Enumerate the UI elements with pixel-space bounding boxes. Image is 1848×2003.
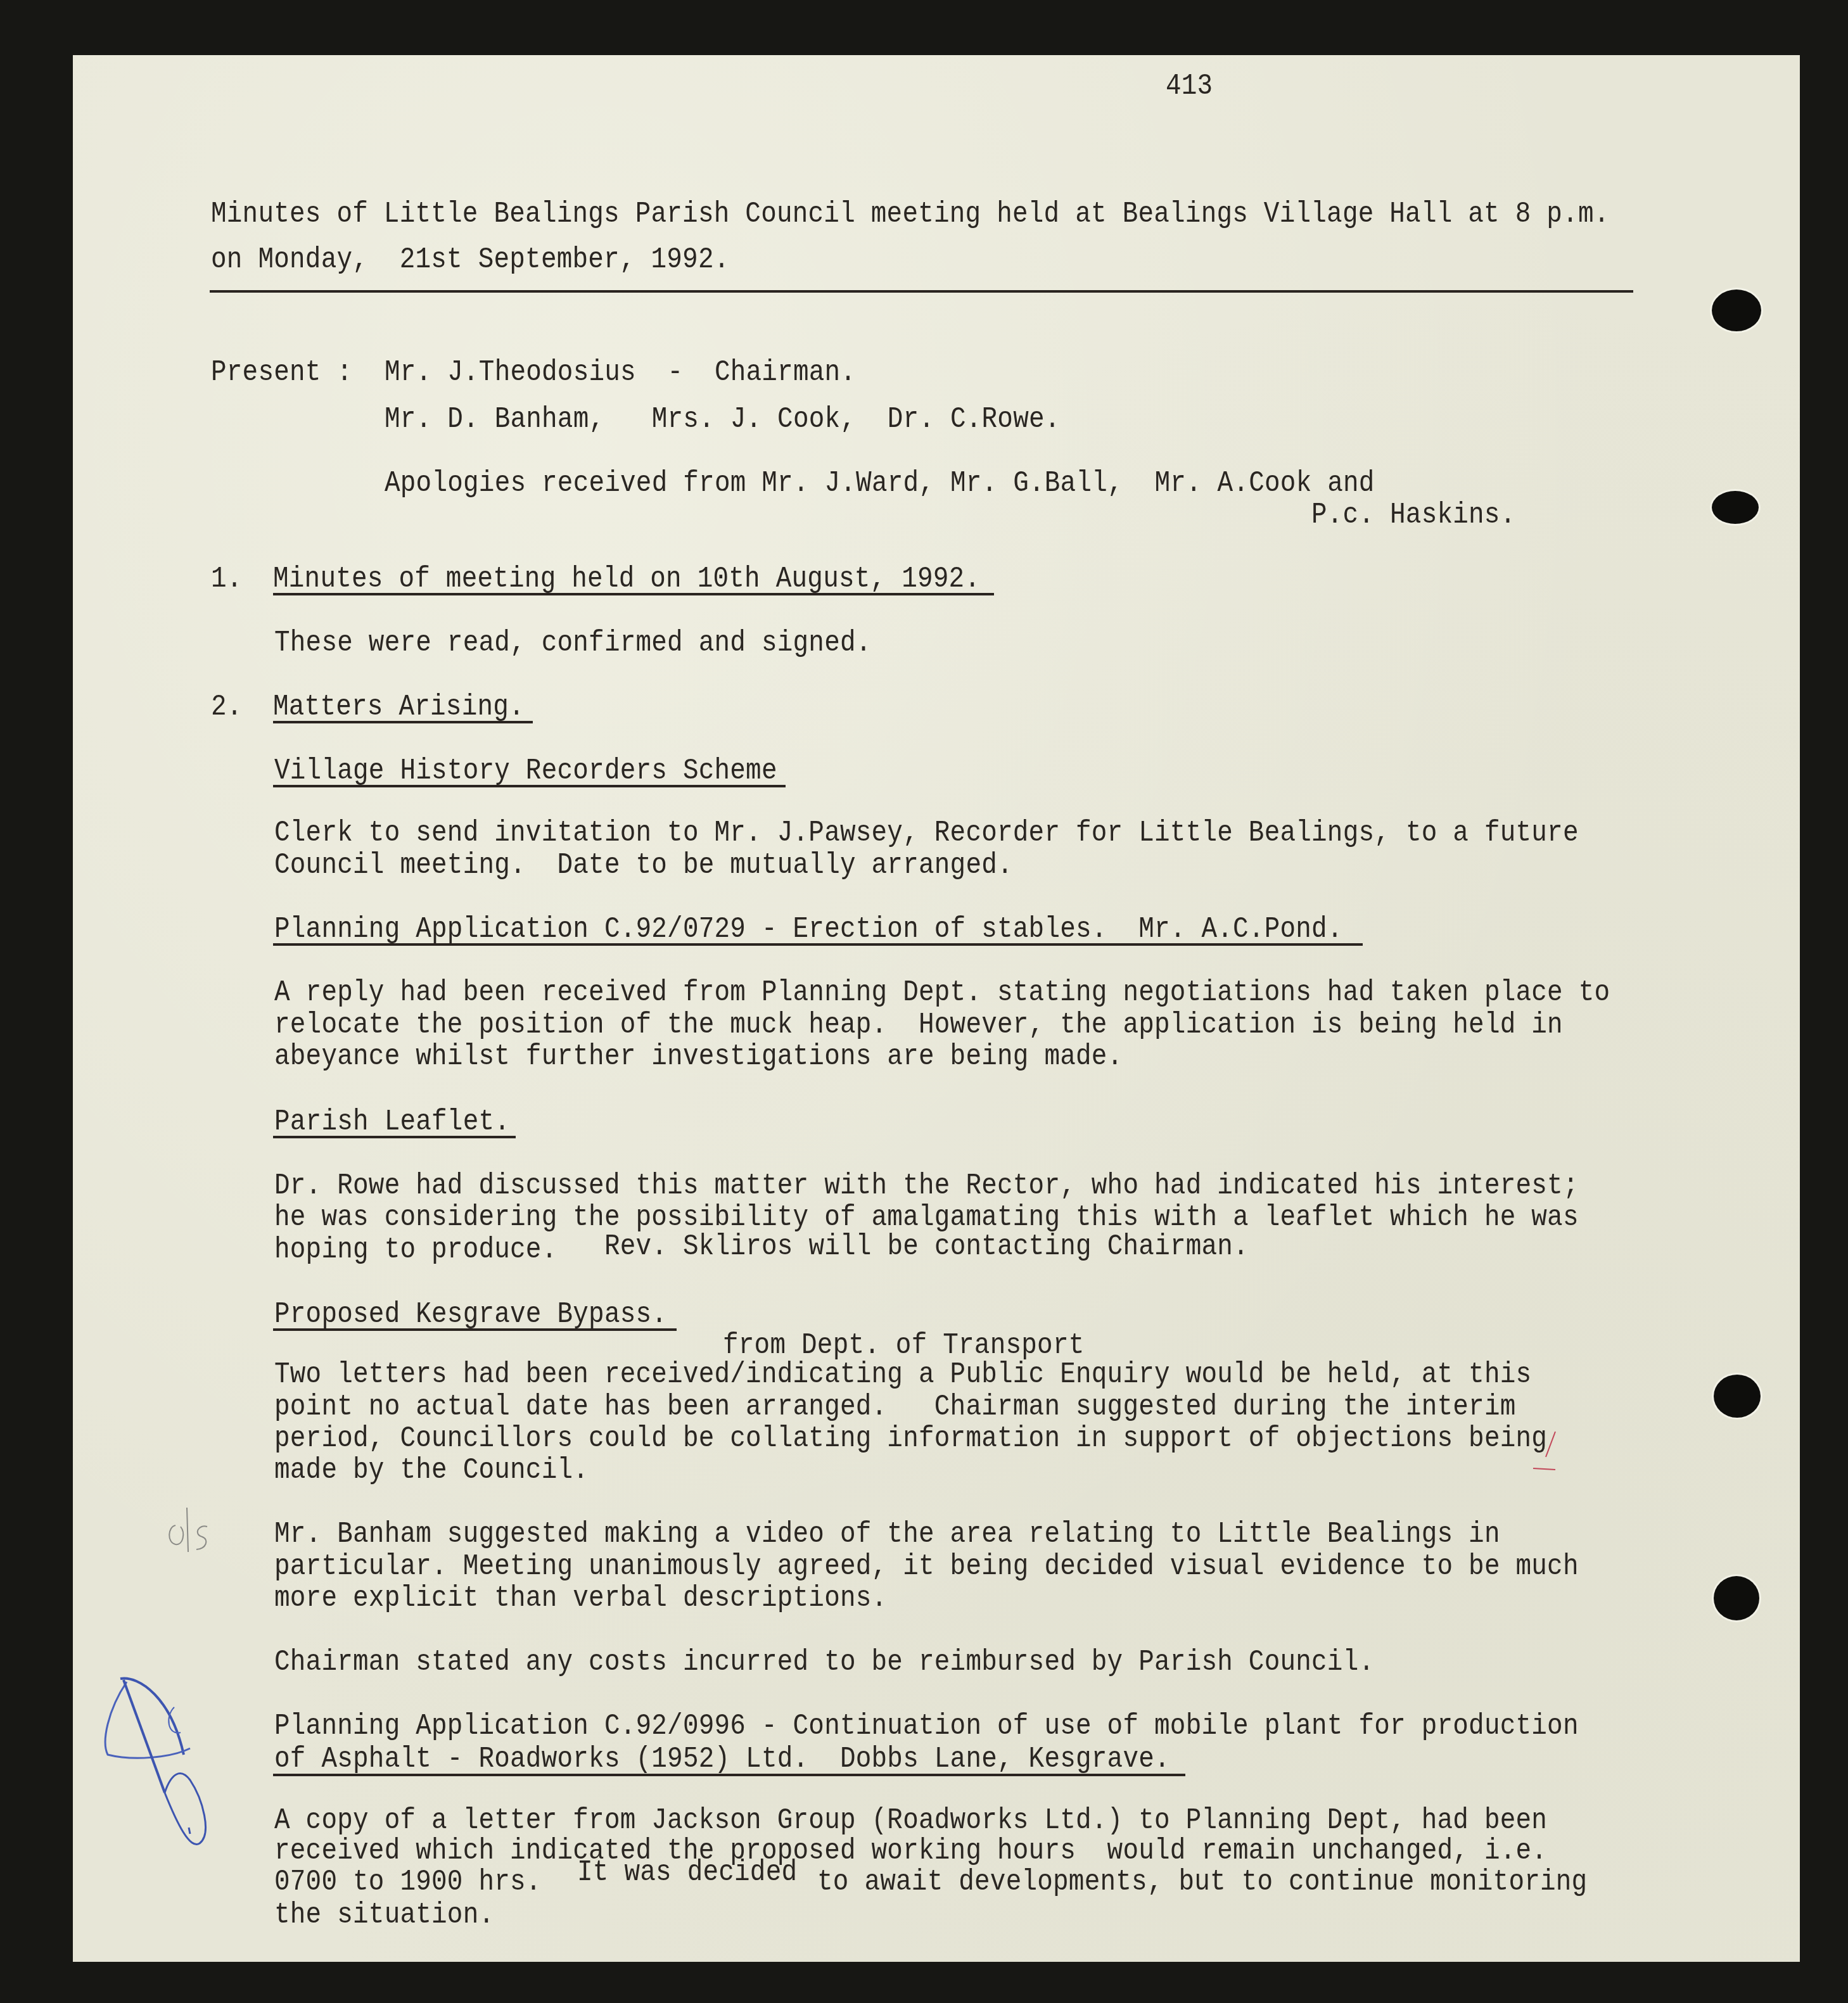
subsection-planning-0729-underline [273,943,1363,946]
subsection-planning-0729-title: Planning Application C.92/0729 - Erectio… [274,912,1343,948]
punch-hole-1 [1712,289,1761,331]
parish-leaflet-body-1: Dr. Rowe had discussed this matter with … [274,1169,1579,1204]
apologies-line-1: Apologies received from Mr. J.Ward, Mr. … [385,466,1375,502]
subsection-planning-0996-title-2: of Asphalt - Roadworks (1952) Ltd. Dobbs… [274,1742,1170,1777]
subsection-planning-0996-title-1: Planning Application C.92/0996 - Continu… [274,1709,1579,1745]
subsection-parish-leaflet-underline [273,1136,516,1138]
item-2-title-underline [273,721,533,723]
tick-mark-icon [1520,1432,1571,1482]
village-history-body-1: Clerk to send invitation to Mr. J.Pawsey… [274,816,1579,851]
punch-hole-4 [1714,1576,1759,1620]
punch-hole-3 [1714,1375,1761,1418]
subsection-village-history-title: Village History Recorders Scheme [274,754,777,789]
subsection-village-history-underline [273,785,786,787]
subsection-planning-0996-underline [273,1774,1185,1776]
parish-leaflet-body-3b: Rev. Skliros will be contacting Chairman… [604,1230,1249,1265]
planning-0729-body-2: relocate the position of the muck heap. … [274,1008,1563,1043]
planning-0996-body-3c: to await developments, but to continue m… [817,1865,1587,1900]
planning-0996-body-2: received which indicated the proposed wo… [274,1834,1547,1869]
kesgrave-body-1: Two letters had been received/indicating… [274,1358,1531,1393]
planning-0996-body-3b: It was decided [577,1855,797,1891]
initials-mark-icon [95,1672,260,1862]
planning-0996-body-3a: 0700 to 1900 hrs. [274,1865,542,1900]
page-title-line-1: Minutes of Little Bealings Parish Counci… [211,197,1610,232]
video-body-3: more explicit than verbal descriptions. [274,1581,887,1617]
subsection-parish-leaflet-title: Parish Leaflet. [274,1105,510,1140]
item-1-body: These were read, confirmed and signed. [274,626,872,661]
kesgrave-body-4: made by the Council. [274,1453,589,1489]
planning-0996-body-4: the situation. [274,1898,494,1933]
page-title-line-2: on Monday, 21st September, 1992. [211,243,730,278]
planning-0729-body-1: A reply had been received from Planning … [274,976,1610,1011]
present-label: Present : [211,355,352,391]
video-body-1: Mr. Banham suggested making a video of t… [274,1517,1500,1553]
planning-0729-body-3: abeyance whilst further investigations a… [274,1040,1123,1075]
video-body-2: particular. Meeting unanimously agreed, … [274,1549,1579,1585]
kesgrave-body-3: period, Councillors could be collating i… [274,1421,1547,1457]
heading-rule [210,290,1633,293]
chairman-line: Mr. J.Theodosius - Chairman. [385,355,856,391]
punch-hole-2 [1712,491,1759,524]
margin-note-os [162,1495,212,1552]
kesgrave-body-2: point no actual date has been arranged. … [274,1390,1516,1425]
village-history-body-2: Council meeting. Date to be mutually arr… [274,848,1013,884]
page-number: 413 [1166,69,1213,105]
item-2-number: 2. [211,690,243,725]
item-1-title-underline [273,593,994,595]
subsection-kesgrave-bypass-underline [273,1328,677,1331]
members-line: Mr. D. Banham, Mrs. J. Cook, Dr. C.Rowe. [385,402,1061,438]
costs-body: Chairman stated any costs incurred to be… [274,1645,1374,1681]
subsection-kesgrave-bypass-title: Proposed Kesgrave Bypass. [274,1297,667,1333]
parish-leaflet-body-3a: hoping to produce. [274,1233,557,1268]
item-1-title: Minutes of meeting held on 10th August, … [273,562,980,597]
item-1-number: 1. [211,562,243,597]
apologies-line-2: P.c. Haskins. [1311,498,1515,533]
item-2-title: Matters Arising. [273,690,525,725]
